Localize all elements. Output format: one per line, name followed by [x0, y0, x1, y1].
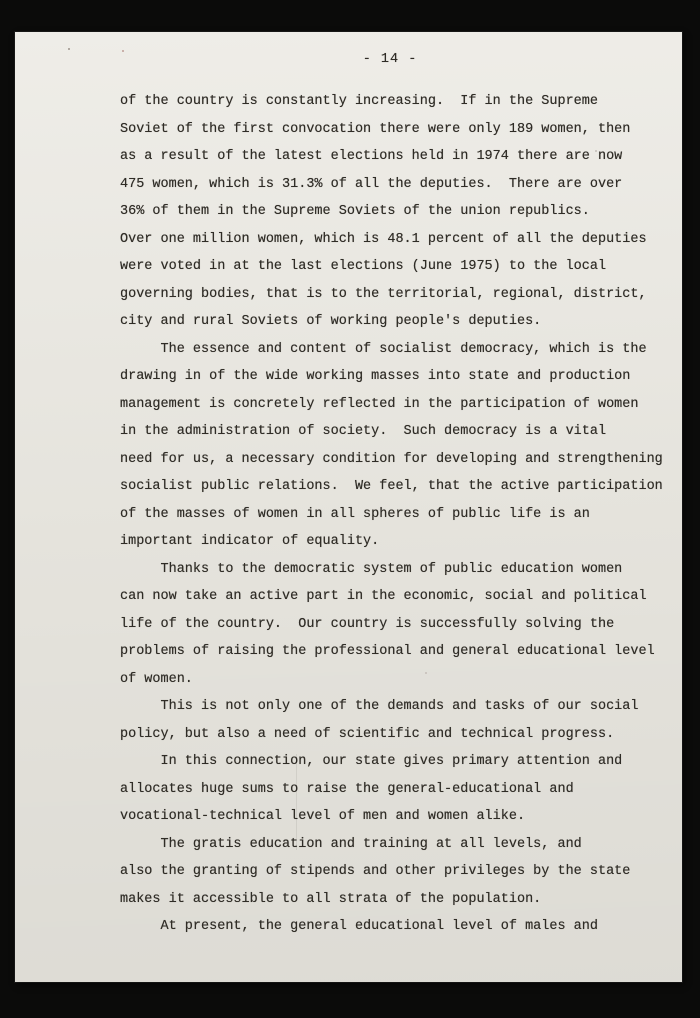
document-body-text: of the country is constantly increasing.… [120, 88, 680, 941]
document-page: - 14 - of the country is constantly incr… [15, 32, 682, 982]
page-number: - 14 - [120, 52, 660, 67]
paper-speck [122, 50, 124, 52]
paper-speck [425, 672, 427, 674]
paper-speck [68, 48, 70, 50]
scan-background: - 14 - of the country is constantly incr… [0, 0, 700, 1018]
paper-crease [296, 754, 297, 850]
paper-speck [595, 150, 597, 152]
